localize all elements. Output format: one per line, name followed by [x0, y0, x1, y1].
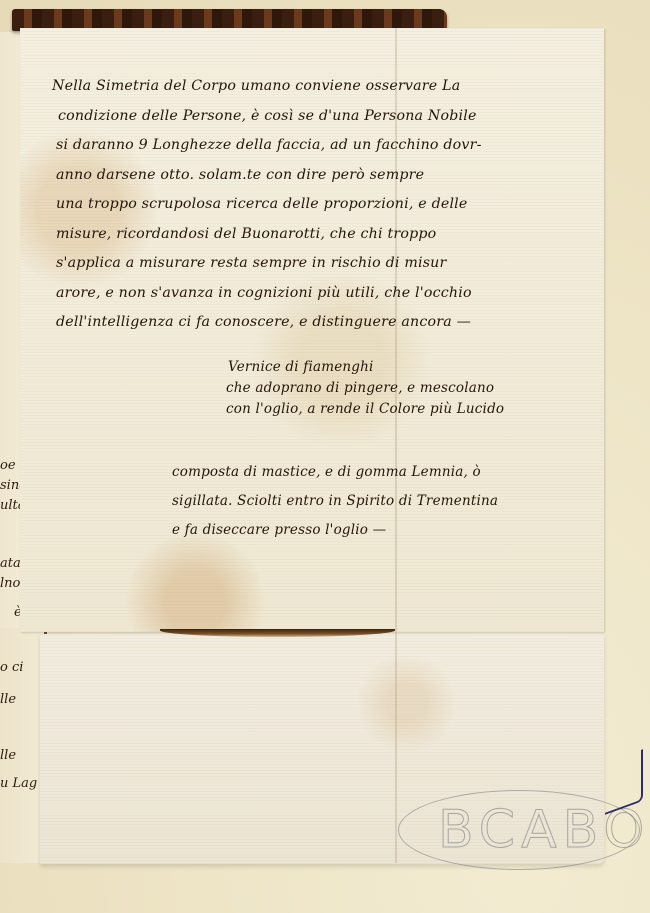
left-fragment: lle: [0, 748, 16, 763]
text-line: Nella Simetria del Corpo umano conviene …: [52, 72, 482, 102]
text-line: anno darsene otto. solam.te con dire per…: [52, 161, 482, 191]
text-line: condizione delle Persone, è così se d'un…: [52, 102, 482, 132]
main-paragraph: Nella Simetria del Corpo umano conviene …: [52, 72, 482, 338]
text-line: arore, e non s'avanza in cognizioni più …: [52, 279, 482, 309]
text-line: Vernice di fiamenghi: [228, 357, 504, 378]
text-line: una troppo scrupolosa ricerca delle prop…: [52, 190, 482, 220]
recipe-body: composta di mastice, e di gomma Lemnia, …: [172, 458, 498, 545]
text-line: misure, ricordandosi del Buonarotti, che…: [52, 220, 482, 250]
text-line: con l'oglio, a rende il Colore più Lucid…: [226, 399, 504, 420]
left-fragment: u Lag: [0, 776, 37, 791]
left-fragment: lle: [0, 692, 16, 707]
left-fragment: lno: [0, 576, 20, 591]
left-fragment: oe: [0, 458, 16, 473]
text-line: s'applica a misurare resta sempre in ris…: [52, 249, 482, 279]
text-line: si daranno 9 Longhezze della faccia, ad …: [52, 131, 482, 161]
text-line: sigillata. Sciolti entro in Spirito di T…: [172, 487, 498, 516]
recipe-heading: Vernice di fiamenghi che adoprano di pin…: [228, 357, 504, 420]
left-fragment: ata: [0, 556, 21, 571]
left-fragment: o ci: [0, 660, 23, 675]
text-line: composta di mastice, e di gomma Lemnia, …: [172, 458, 498, 487]
text-line: e fa diseccare presso l'oglio —: [172, 516, 498, 545]
text-line: dell'intelligenza ci fa conoscere, e dis…: [52, 308, 482, 338]
text-line: che adoprano di pingere, e mescolano: [226, 378, 504, 399]
